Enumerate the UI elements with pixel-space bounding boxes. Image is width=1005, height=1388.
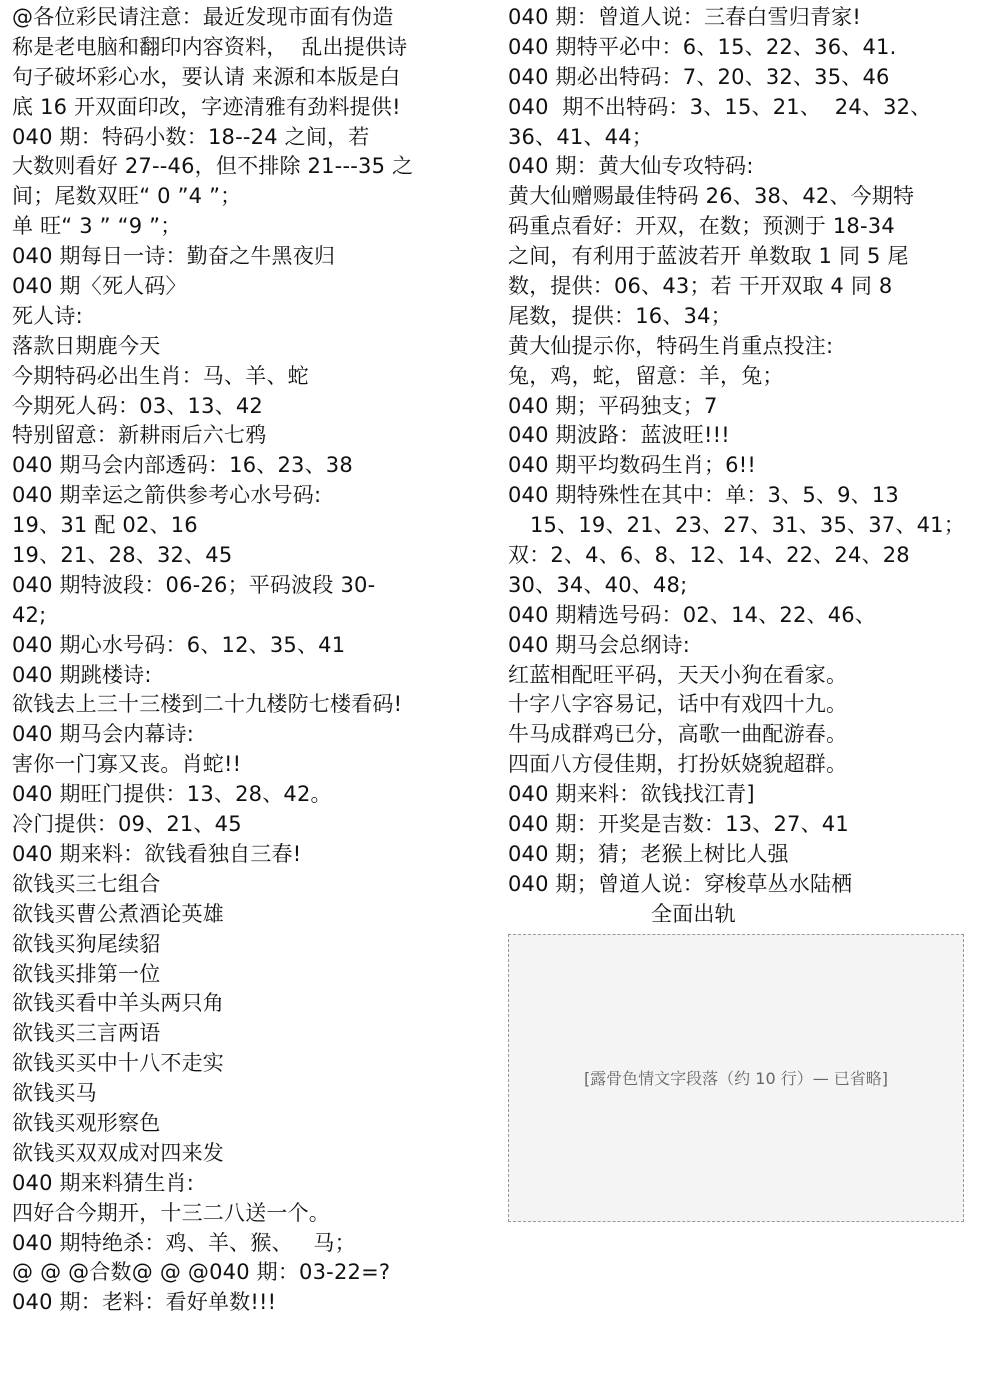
text-line: 欲钱买排第一位 bbox=[12, 960, 498, 990]
text-line: 040 期马会内部透码：16、23、38 bbox=[12, 451, 498, 481]
text-line: 码重点看好：开双，在数；预测于 18-34 bbox=[508, 212, 998, 242]
text-line: 数，提供：06、43；若 干开双取 4 同 8 bbox=[508, 272, 998, 302]
text-line: 040 期来料：欲钱看独自三春! bbox=[12, 840, 498, 870]
text-line: 十字八字容易记，话中有戏四十九。 bbox=[508, 690, 998, 720]
text-line: 19、21、28、32、45 bbox=[12, 541, 498, 571]
omitted-story-passage: [露骨色情文字段落（约 10 行）— 已省略] bbox=[508, 934, 964, 1222]
text-line: 040 期心水号码：6、12、35、41 bbox=[12, 631, 498, 661]
text-line: 040 期：特码小数：18--24 之间，若 bbox=[12, 123, 498, 153]
text-line: 落款日期鹿今天 bbox=[12, 332, 498, 362]
text-line: 四面八方侵佳期，打扮妖娆貌超群。 bbox=[508, 750, 998, 780]
text-line: 尾数，提供：16、34； bbox=[508, 302, 998, 332]
text-line: 欲钱买双双成对四来发 bbox=[12, 1139, 498, 1169]
text-line: 040 期波路：蓝波旺!!! bbox=[508, 421, 998, 451]
text-line: 040 期必出特码：7、20、32、35、46 bbox=[508, 63, 998, 93]
text-line: 今期死人码：03、13、42 bbox=[12, 392, 498, 422]
text-line: 040 期幸运之箭供参考心水号码: bbox=[12, 481, 498, 511]
text-line: 040 期跳楼诗: bbox=[12, 661, 498, 691]
text-line: @各位彩民请注意：最近发现市面有伪造 bbox=[12, 3, 498, 33]
text-line: 害你一门寡又丧。肖蛇!! bbox=[12, 750, 498, 780]
text-line: 040 期马会总纲诗: bbox=[508, 631, 998, 661]
text-line: 黄大仙赠赐最佳特码 26、38、42、今期特 bbox=[508, 182, 998, 212]
text-line: 040 期精选号码：02、14、22、46、 bbox=[508, 601, 998, 631]
text-line: 今期特码必出生肖：马、羊、蛇 bbox=[12, 362, 498, 392]
text-line: 040 期：老料：看好单数!!! bbox=[12, 1288, 498, 1318]
text-line: 36、41、44； bbox=[508, 123, 998, 153]
text-line: 欲钱买看中羊头两只角 bbox=[12, 989, 498, 1019]
text-line: 040 期来料猜生肖: bbox=[12, 1169, 498, 1199]
text-line: 42; bbox=[12, 601, 498, 631]
text-line: 欲钱买三七组合 bbox=[12, 870, 498, 900]
text-line: 牛马成群鸡已分，高歌一曲配游春。 bbox=[508, 720, 998, 750]
text-line: 欲钱买三言两语 bbox=[12, 1019, 498, 1049]
text-line: 30、34、40、48; bbox=[508, 571, 998, 601]
text-line: 040 期旺门提供：13、28、42。 bbox=[12, 780, 498, 810]
text-line: 红蓝相配旺平码，天天小狗在看家。 bbox=[508, 661, 998, 691]
text-line: 间；尾数双旺“ 0 ”4 ”； bbox=[12, 182, 498, 212]
text-line: 死人诗: bbox=[12, 302, 498, 332]
text-line: 欲钱去上三十三楼到二十九楼防七楼看码! bbox=[12, 690, 498, 720]
text-line-indented: 15、19、21、23、27、31、35、37、41； bbox=[508, 511, 998, 541]
text-line: 双：2、4、6、8、12、14、22、24、28 bbox=[508, 541, 998, 571]
text-line: 四好合今期开，十三二八送一个。 bbox=[12, 1199, 498, 1229]
text-line: 040 期；曾道人说：穿梭草丛水陆栖 bbox=[508, 870, 998, 900]
text-line: 040 期特波段：06-26；平码波段 30- bbox=[12, 571, 498, 601]
text-line: 040 期平均数码生肖；6!! bbox=[508, 451, 998, 481]
text-line: 大数则看好 27--46，但不排除 21---35 之 bbox=[12, 152, 498, 182]
text-line: 040 期；猜；老猴上树比人强 bbox=[508, 840, 998, 870]
text-line: 040 期每日一诗：勤奋之牛黑夜归 bbox=[12, 242, 498, 272]
text-line: 特别留意：新耕雨后六七鸦 bbox=[12, 421, 498, 451]
text-line: 之间，有利用于蓝波若开 单数取 1 同 5 尾 bbox=[508, 242, 998, 272]
text-line: 欲钱买狗尾续貂 bbox=[12, 930, 498, 960]
text-line: @ @ @合数@ @ @040 期：03-22=? bbox=[12, 1258, 498, 1288]
text-line: 040 期特平必中：6、15、22、36、41. bbox=[508, 33, 998, 63]
text-line: 底 16 开双面印改，字迹清雅有劲料提供! bbox=[12, 93, 498, 123]
text-line: 040 期不出特码：3、15、21、 24、32、 bbox=[508, 93, 998, 123]
text-line: 040 期：开奖是吉数：13、27、41 bbox=[508, 810, 998, 840]
text-line: 19、31 配 02、16 bbox=[12, 511, 498, 541]
left-column: @各位彩民请注意：最近发现市面有伪造 称是老电脑和翻印内容资料， 乱出提供诗 句… bbox=[12, 3, 498, 1318]
text-line: 040 期：曾道人说：三春白雪归青家! bbox=[508, 3, 998, 33]
text-line: 句子破坏彩心水，要认请 来源和本版是白 bbox=[12, 63, 498, 93]
text-line: 单 旺“ 3 ” “9 ”； bbox=[12, 212, 498, 242]
right-column: 040 期：曾道人说：三春白雪归青家! 040 期特平必中：6、15、22、36… bbox=[508, 3, 998, 1222]
text-line: 欲钱买观形察色 bbox=[12, 1109, 498, 1139]
text-line: 040 期马会内幕诗: bbox=[12, 720, 498, 750]
text-line: 040 期特绝杀：鸡、羊、猴、 马； bbox=[12, 1229, 498, 1259]
text-line: 040 期；平码独支；7 bbox=[508, 392, 998, 422]
text-line: 兔，鸡，蛇，留意：羊，兔； bbox=[508, 362, 998, 392]
text-line: 040 期〈死人码〉 bbox=[12, 272, 498, 302]
text-line: 称是老电脑和翻印内容资料， 乱出提供诗 bbox=[12, 33, 498, 63]
text-line: 040 期：黄大仙专攻特码: bbox=[508, 152, 998, 182]
text-line: 欲钱买曹公煮酒论英雄 bbox=[12, 900, 498, 930]
text-line: 欲钱买马 bbox=[12, 1079, 498, 1109]
text-line: 欲钱买买中十八不走实 bbox=[12, 1049, 498, 1079]
text-line: 040 期来料：欲钱找江青] bbox=[508, 780, 998, 810]
text-line: 冷门提供：09、21、45 bbox=[12, 810, 498, 840]
text-line: 040 期特殊性在其中：单：3、5、9、13 bbox=[508, 481, 998, 511]
text-line: 黄大仙提示你，特码生肖重点投注: bbox=[508, 332, 998, 362]
story-heading: 全面出轨 bbox=[508, 900, 998, 930]
